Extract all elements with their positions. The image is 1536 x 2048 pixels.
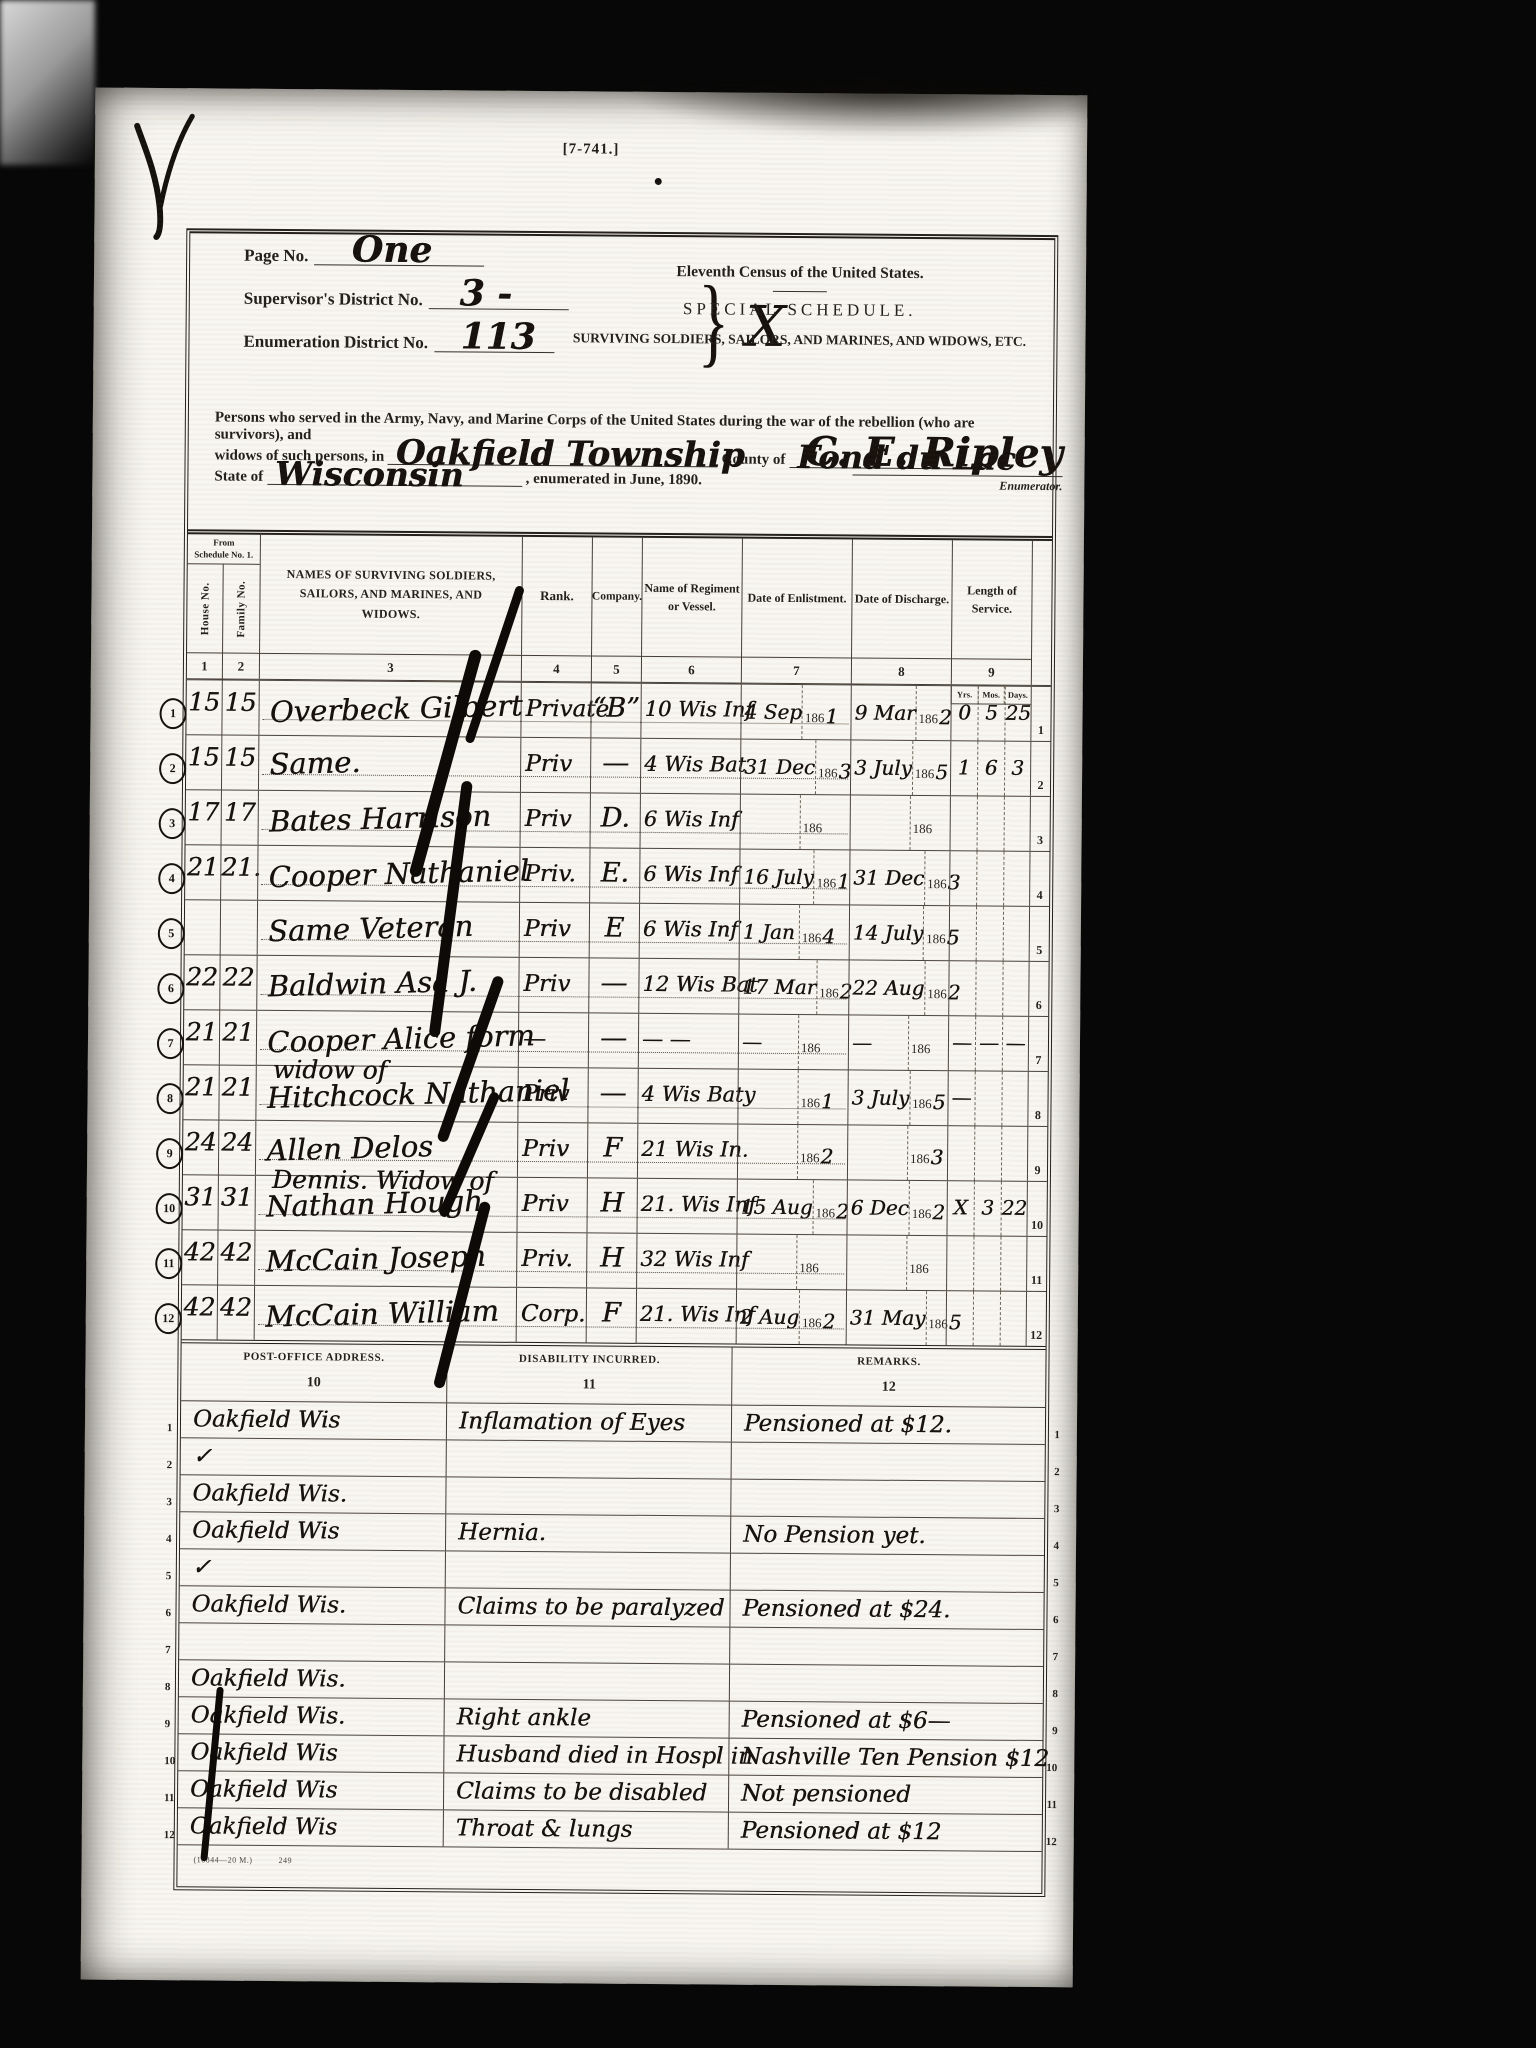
house-cell: 42 [182, 1285, 217, 1339]
company-cell: F [586, 1288, 636, 1342]
subheader-mos: Mos. [977, 685, 1004, 703]
row-number-cell: 1 [1030, 687, 1050, 741]
enlistment-day-month [738, 1070, 798, 1124]
row-number-right: 6 [1053, 1614, 1059, 1626]
disability-cell: Hernia. [445, 1514, 730, 1552]
schedule-header: From Schedule No. 1. [188, 534, 260, 565]
col-header-house: House No. [187, 564, 223, 652]
company-cell: — [588, 958, 638, 1012]
remarks-cell: Not pensioned [728, 1776, 1042, 1814]
enlistment-year: 1861 [814, 850, 850, 904]
discharge-day-month: 6 Dec [847, 1180, 910, 1234]
supervisor-district-underline: 3 - [429, 308, 569, 310]
name-cell: Bates Harrison [258, 791, 520, 847]
company-cell: E [589, 903, 639, 957]
row-number-circle: 10 [156, 1193, 183, 1224]
years-cell: — [948, 1016, 975, 1070]
handwritten-check-mark [128, 110, 201, 248]
disability-cell: Claims to be paralyzed [444, 1588, 729, 1626]
family-cell: 31 [218, 1176, 255, 1230]
remarks-cell [731, 1443, 1045, 1481]
discharge-year: 1862 [916, 686, 952, 740]
company-cell: — [588, 1013, 638, 1067]
soldier-row: 6 22 22 Baldwin Asa J. Priv — 12 Wis Bat… [184, 954, 1048, 1016]
enlistment-year: 1861 [803, 685, 851, 739]
bottom-table-header: POST-OFFICE ADDRESS. 10 DISABILITY INCUR… [181, 1343, 1045, 1408]
disability-cell: Claims to be disabled [443, 1773, 728, 1811]
discharge-date-cell: 186 [846, 1235, 946, 1290]
months-cell: 6 [977, 741, 1004, 795]
house-cell: 42 [182, 1230, 217, 1284]
family-cell: 42 [217, 1286, 254, 1340]
months-cell [975, 961, 1002, 1015]
discharge-year: 1862 [910, 1181, 947, 1235]
discharge-date-cell: 3 July 1865 [847, 1070, 947, 1125]
house-cell: 17 [186, 790, 221, 844]
census-titles: Eleventh Census of the United States. SP… [549, 262, 1050, 350]
row-number-circle: 11 [155, 1248, 182, 1279]
address-cell: Oakfield Wis [180, 1512, 445, 1550]
rank-cell: Private [520, 683, 590, 738]
remarks-cell [730, 1480, 1044, 1518]
family-cell: 21 [219, 1011, 256, 1065]
years-cell [948, 961, 975, 1015]
regiment-cell: 21 Wis In. [637, 1124, 737, 1179]
discharge-date-cell: 22 Aug 1862 [848, 960, 948, 1015]
remarks-cell [729, 1665, 1043, 1703]
row-number-circle: 7 [157, 1028, 184, 1059]
enumerator-signature-block: C. E. Ripley Enumerator. [805, 432, 1063, 494]
company-cell: E. [589, 848, 639, 902]
enlistment-day-month [738, 1125, 798, 1179]
family-cell: 24 [218, 1121, 255, 1175]
regiment-cell: — — [638, 1014, 738, 1069]
family-cell: 15 [221, 736, 258, 790]
house-cell: 15 [186, 680, 221, 734]
remarks-cell: Pensioned at $6— [729, 1702, 1043, 1740]
col-header-names: NAMES OF SURVIVING SOLDIERS, SAILORS, AN… [259, 535, 522, 655]
rank-cell: Priv. [516, 1233, 586, 1288]
regiment-cell: 21. Wis Inf [636, 1179, 736, 1234]
days-cell [1003, 852, 1029, 906]
enlistment-day-month: 16 July [740, 850, 815, 905]
soldiers-table: From Schedule No. 1. House No. Family No… [182, 529, 1052, 1346]
row-number-right: 4 [1054, 1540, 1060, 1552]
discharge-date-cell: — 186 [848, 1015, 948, 1070]
scanned-census-document: { "form_number": "[7-741.]", "header": {… [0, 0, 1536, 2048]
soldier-row: 3 17 17 Bates Harrison Priv D. 6 Wis Inf… [186, 789, 1050, 851]
soldier-row: 4 21 21. Cooper Nathaniel Priv. E. 6 Wis… [185, 844, 1049, 906]
remarks-cell: No Pension yet. [730, 1517, 1044, 1555]
col-header-rank: Rank. [521, 537, 592, 656]
enumeration-district-underline: 113 [434, 351, 554, 353]
company-cell: D. [590, 793, 640, 847]
discharge-day-month: — [849, 1015, 909, 1069]
disability-cell [445, 1551, 730, 1589]
col-number-2: 2 [222, 653, 259, 679]
enumeration-district-label: Enumeration District No. [243, 332, 428, 352]
enumerator-signature: C. E. Ripley [805, 432, 1063, 474]
rank-cell: Priv [517, 1123, 587, 1178]
state-value: Wisconsin [275, 457, 464, 491]
company-cell: F [587, 1123, 637, 1177]
row-number-cell: 2 [1030, 742, 1050, 796]
name-cell: Baldwin Asa J. [256, 956, 518, 1012]
enlistment-day-month: — [739, 1015, 799, 1069]
enlistment-year: 186 [797, 1235, 846, 1289]
enlistment-year: 1862 [813, 1180, 849, 1234]
name-cell: McCain William [254, 1286, 516, 1342]
regiment-cell: 10 Wis Inf [640, 684, 740, 739]
enlistment-date-cell: 15 Aug 1862 [736, 1180, 846, 1235]
rank-cell: Priv [516, 1178, 586, 1233]
col-number-6: 6 [641, 656, 741, 683]
family-cell: 21. [220, 846, 257, 900]
col-number-8: 8 [851, 657, 951, 684]
intro-paragraph: Persons who served in the Army, Navy, an… [188, 401, 1053, 536]
row-number-left: 10 [164, 1755, 175, 1767]
name-cell: Same Veteran [257, 901, 519, 957]
col-header-address: POST-OFFICE ADDRESS. 10 [181, 1343, 446, 1402]
enlistment-day-month: 2 Aug [737, 1290, 801, 1344]
months-cell [974, 1071, 1001, 1125]
row-number-cell: 3 [1030, 797, 1050, 851]
row-number-left: 4 [166, 1533, 172, 1545]
state-label: State of [214, 468, 263, 484]
rank-cell: Corp. [516, 1288, 586, 1343]
discharge-day-month: 3 July [848, 1070, 910, 1124]
col-header-company: Company. [591, 537, 642, 655]
row-number-right: 3 [1054, 1503, 1060, 1515]
row-number-right: 2 [1054, 1466, 1060, 1478]
rank-cell: Priv. [519, 848, 589, 903]
disability-cell [444, 1625, 729, 1663]
company-cell: — [590, 738, 640, 792]
row-number-left: 1 [167, 1422, 173, 1434]
address-cell: Oakfield Wis. [179, 1586, 444, 1624]
schedule-header-line2: Schedule No. 1. [194, 549, 253, 561]
family-cell: 21 [218, 1066, 255, 1120]
house-cell: 21 [183, 1065, 218, 1119]
days-cell: 3 [1004, 742, 1030, 796]
family-cell: 17 [221, 791, 258, 845]
disability-cell: Right ankle [444, 1699, 729, 1737]
discharge-day-month: 14 July [850, 905, 925, 960]
company-cell: H [586, 1178, 636, 1232]
company-cell: “B” [590, 683, 640, 737]
house-cell: 24 [183, 1120, 218, 1174]
soldier-row: 2 15 15 Same. Priv — 4 Wis Bat 31 Dec 18… [186, 734, 1050, 796]
enlistment-year: 186 [801, 795, 850, 849]
col-header-regiment: Name of Regiment or Vessel. [641, 538, 742, 657]
discharge-year: 186 [907, 1236, 946, 1290]
soldier-row: 7 21 21 Cooper Alice formwidow of — — — … [184, 1009, 1048, 1071]
remarks-cell: Pensioned at $24. [729, 1591, 1043, 1629]
scan-smudge [623, 84, 1093, 140]
disability-cell: Throat & lungs [443, 1810, 728, 1848]
supervisor-district-value: 3 - [459, 275, 512, 311]
enlistment-date-cell: 186 [736, 1235, 846, 1290]
regiment-cell: 21. Wis Inf [636, 1289, 736, 1344]
document-page: [7-741.] Page No.One Supervisor's Distri… [81, 88, 1088, 1988]
page-code-value: 249 [278, 1856, 292, 1865]
regiment-cell: 6 Wis Inf [639, 849, 739, 904]
family-cell [220, 901, 257, 955]
enlistment-year: 186 [799, 1015, 848, 1069]
days-cell [1001, 1072, 1027, 1126]
discharge-date-cell: 14 July 1865 [849, 905, 949, 960]
row-number-cell: 8 [1027, 1072, 1047, 1126]
col-number-4: 4 [521, 655, 591, 682]
disability-cell [446, 1440, 731, 1478]
discharge-day-month: 9 Mar [851, 685, 916, 740]
days-cell [1004, 797, 1030, 851]
schedule-title: SPECIAL SCHEDULE. [550, 298, 1050, 322]
enlistment-year: 1861 [798, 1070, 847, 1124]
soldiers-table-header: From Schedule No. 1. House No. Family No… [187, 534, 1052, 686]
remarks-cell: Pensioned at $12. [731, 1406, 1045, 1444]
row-number-cell: 5 [1029, 907, 1049, 961]
col-header-family: Family No. [222, 565, 260, 653]
disability-cell [444, 1662, 729, 1700]
house-cell: 22 [184, 955, 219, 1009]
row-number-right: 1 [1054, 1429, 1060, 1441]
discharge-year: 1865 [910, 1071, 948, 1125]
col-header-enlistment: Date of Enlistment. [741, 539, 852, 658]
ink-dot [655, 178, 662, 185]
enlistment-day-month [737, 1235, 797, 1289]
census-title: Eleventh Census of the United States. [550, 262, 1050, 284]
years-cell: X [946, 1181, 973, 1235]
col-number-7: 7 [741, 657, 851, 684]
col-number-3: 3 [259, 653, 521, 681]
row-number-left: 3 [166, 1496, 172, 1508]
regiment-cell: 32 Wis Inf [636, 1234, 736, 1289]
remarks-cell [730, 1554, 1044, 1592]
row-number-right: 5 [1053, 1577, 1059, 1589]
regiment-cell: 12 Wis Bat [638, 959, 738, 1014]
years-cell [949, 851, 976, 905]
months-cell [974, 1126, 1001, 1180]
row-number-left: 7 [165, 1644, 171, 1656]
discharge-year: 1863 [908, 1126, 947, 1180]
discharge-day-month: 31 May [847, 1290, 927, 1345]
col-number-1: 1 [187, 652, 222, 678]
page-no-value: One [352, 232, 433, 269]
row-number-left: 8 [165, 1681, 171, 1693]
house-cell: 21 [184, 1010, 219, 1064]
company-cell: H [586, 1233, 636, 1287]
months-cell [976, 851, 1003, 905]
address-cell: ✓ [180, 1549, 445, 1587]
disability-cell: Inflamation of Eyes [446, 1403, 731, 1441]
enumeration-district-value: 113 [460, 318, 535, 355]
row-number-left: 11 [164, 1792, 175, 1804]
form-border-frame: Page No.One Supervisor's District No.3 -… [173, 228, 1058, 1897]
row-number-right: 10 [1046, 1762, 1057, 1774]
years-cell [946, 1236, 973, 1290]
col-number-9: 9 [951, 658, 1031, 685]
enlistment-day-month: 31 Dec [741, 740, 816, 795]
enlistment-date-cell: 1861 [737, 1070, 847, 1125]
row-number-circle: 3 [159, 808, 186, 839]
row-number-cell: 10 [1026, 1182, 1046, 1236]
state-underline: Wisconsin [267, 484, 522, 487]
row-number-circle: 8 [156, 1083, 183, 1114]
months-cell [973, 1236, 1000, 1290]
regiment-cell: 6 Wis Inf [640, 794, 740, 849]
discharge-date-cell: 186 [850, 795, 950, 850]
enlistment-date-cell: 2 Aug 1862 [736, 1290, 846, 1345]
schedule-header-line1: From [213, 538, 234, 549]
discharge-day-month: 31 Dec [850, 850, 925, 905]
years-cell [949, 906, 976, 960]
page-no-underline: One [314, 264, 484, 266]
soldiers-table-body: Yrs. Mos. Days. 1 15 15 Overbeck Gilbert… [182, 679, 1051, 1346]
row-number-cell: 6 [1028, 962, 1048, 1016]
row-number-right: 12 [1046, 1836, 1057, 1848]
enumerator-label: Enumerator. [805, 477, 1063, 494]
days-cell [1000, 1237, 1026, 1291]
row-number-circle: 1 [159, 698, 186, 729]
soldier-row: 1 15 15 Overbeck Gilbert Private “B” 10 … [186, 679, 1050, 741]
row-number-right: 8 [1052, 1688, 1058, 1700]
page-no-label: Page No. [244, 246, 308, 266]
row-number-right: 7 [1053, 1651, 1059, 1663]
enlistment-date-cell: 1 Jan 1864 [739, 905, 849, 960]
rank-cell: Priv [520, 738, 590, 793]
row-number-cell: 4 [1029, 852, 1049, 906]
row-number-right: 11 [1047, 1799, 1058, 1811]
name-cell: Same. [258, 736, 520, 792]
enlistment-date-cell: 4 Sep 1861 [740, 685, 850, 740]
years-cell [946, 1291, 973, 1345]
col-header-length: Length of Service. [951, 540, 1032, 659]
remarks-cell [729, 1628, 1043, 1666]
discharge-day-month: 3 July [851, 740, 913, 794]
days-cell: — [1002, 1017, 1028, 1071]
address-row: 12 Oakfield Wis Throat & lungs Pensioned… [178, 1808, 1042, 1852]
months-cell [977, 796, 1004, 850]
enlistment-year: 1862 [800, 1290, 846, 1344]
address-cell: ✓ [181, 1438, 446, 1476]
discharge-day-month [851, 795, 911, 849]
months-cell [973, 1291, 1000, 1345]
row-number-circle: 6 [157, 973, 184, 1004]
regiment-cell: 6 Wis Inf [639, 904, 739, 959]
subheader-days: Days. [1004, 686, 1031, 704]
row-number-right: 9 [1052, 1725, 1058, 1737]
row-number-circle: 9 [156, 1138, 183, 1169]
years-cell: — [947, 1071, 974, 1125]
row-number-cell: 12 [1026, 1292, 1046, 1346]
house-cell: 21 [185, 845, 220, 899]
family-cell: 22 [219, 956, 256, 1010]
disability-cell: Husband died in Hospl in [443, 1736, 728, 1774]
enlistment-date-cell: 186 [740, 795, 850, 850]
house-cell: 15 [186, 735, 221, 789]
enlistment-day-month: 15 Aug [737, 1180, 813, 1235]
years-cell [950, 796, 977, 850]
col-header-discharge: Date of Discharge. [851, 539, 952, 658]
family-cell: 42 [217, 1231, 254, 1285]
discharge-date-cell: 9 Mar 1862 [850, 685, 950, 740]
regiment-cell: 4 Wis Baty [637, 1069, 737, 1124]
row-number-circle: 5 [158, 918, 185, 949]
discharge-date-cell: 1863 [847, 1125, 947, 1180]
house-cell [185, 900, 220, 954]
regiment-cell: 4 Wis Bat [640, 739, 740, 794]
row-number-cell: 7 [1028, 1017, 1048, 1071]
address-cell [179, 1623, 444, 1661]
row-number-cell: 9 [1027, 1127, 1047, 1181]
address-cell: Oakfield Wis [181, 1401, 446, 1439]
row-number-left: 5 [166, 1570, 172, 1582]
soldier-row: 9 24 24 Allen DelosDennis. Widow of Priv… [183, 1119, 1047, 1181]
row-number-left: 6 [165, 1607, 171, 1619]
row-number-left: 9 [165, 1718, 171, 1730]
months-cell: — [975, 1016, 1002, 1070]
days-cell [1001, 1127, 1027, 1181]
enlistment-year: 1863 [816, 740, 852, 794]
discharge-date-cell: 6 Dec 1862 [846, 1180, 946, 1235]
discharge-year: 1865 [913, 741, 951, 795]
months-cell [976, 906, 1003, 960]
years-cell [947, 1126, 974, 1180]
subheader-yrs: Yrs. [951, 685, 978, 703]
discharge-date-cell: 3 July 1865 [850, 740, 950, 795]
disability-cell [445, 1477, 730, 1515]
enlistment-date-cell: 31 Dec 1863 [740, 740, 850, 795]
supervisor-district-label: Supervisor's District No. [244, 289, 423, 309]
row-number-left: 12 [164, 1829, 175, 1841]
row-number-circle: 2 [159, 753, 186, 784]
rank-cell: Priv [519, 903, 589, 958]
enlistment-date-cell: — 186 [738, 1015, 848, 1070]
bottom-table-body: 1 Oakfield Wis Inflamation of Eyes Pensi… [178, 1401, 1045, 1852]
row-number-circle: 4 [158, 863, 185, 894]
discharge-day-month [848, 1125, 908, 1179]
family-cell: 15 [221, 681, 258, 735]
title-rule [773, 291, 827, 292]
soldier-row: 11 42 42 McCain Joseph Priv. H 32 Wis In… [182, 1229, 1046, 1291]
address-cell: Oakfield Wis [178, 1771, 443, 1809]
col-header-disability: DISABILITY INCURRED. 11 [446, 1345, 731, 1404]
enlistment-day-month: 4 Sep [741, 685, 803, 739]
enlistment-day-month: 17 Mar [739, 960, 817, 1015]
print-code: (16844—20 M.)249 [194, 1855, 1042, 1871]
days-cell [1000, 1292, 1026, 1346]
remarks-cell: Pensioned at $12 [728, 1813, 1042, 1851]
rank-cell: Priv [520, 793, 590, 848]
col-number-12: 12 [732, 1367, 1045, 1407]
discharge-year: 186 [911, 796, 950, 850]
col-number-5: 5 [591, 655, 641, 681]
remarks-cell: Nashville Ten Pension $12 [728, 1739, 1042, 1777]
rank-cell: Priv [518, 958, 588, 1013]
soldier-row: 5 Same Veteran Priv E 6 Wis Inf 1 Jan 18… [185, 899, 1049, 961]
discharge-day-month [847, 1235, 907, 1289]
col-number-11: 11 [447, 1364, 731, 1404]
discharge-date-cell: 31 Dec 1863 [849, 850, 949, 905]
days-cell: 22 [1000, 1182, 1026, 1236]
soldier-row: 12 42 42 McCain William Corp. F 21. Wis … [182, 1284, 1046, 1346]
row-number-cell: 11 [1026, 1237, 1046, 1291]
months-cell: 3 [973, 1181, 1000, 1235]
enlistment-year: 1862 [798, 1125, 847, 1179]
enlistment-date-cell: 16 July 1861 [739, 850, 849, 905]
row-number-circle: 12 [155, 1303, 182, 1334]
